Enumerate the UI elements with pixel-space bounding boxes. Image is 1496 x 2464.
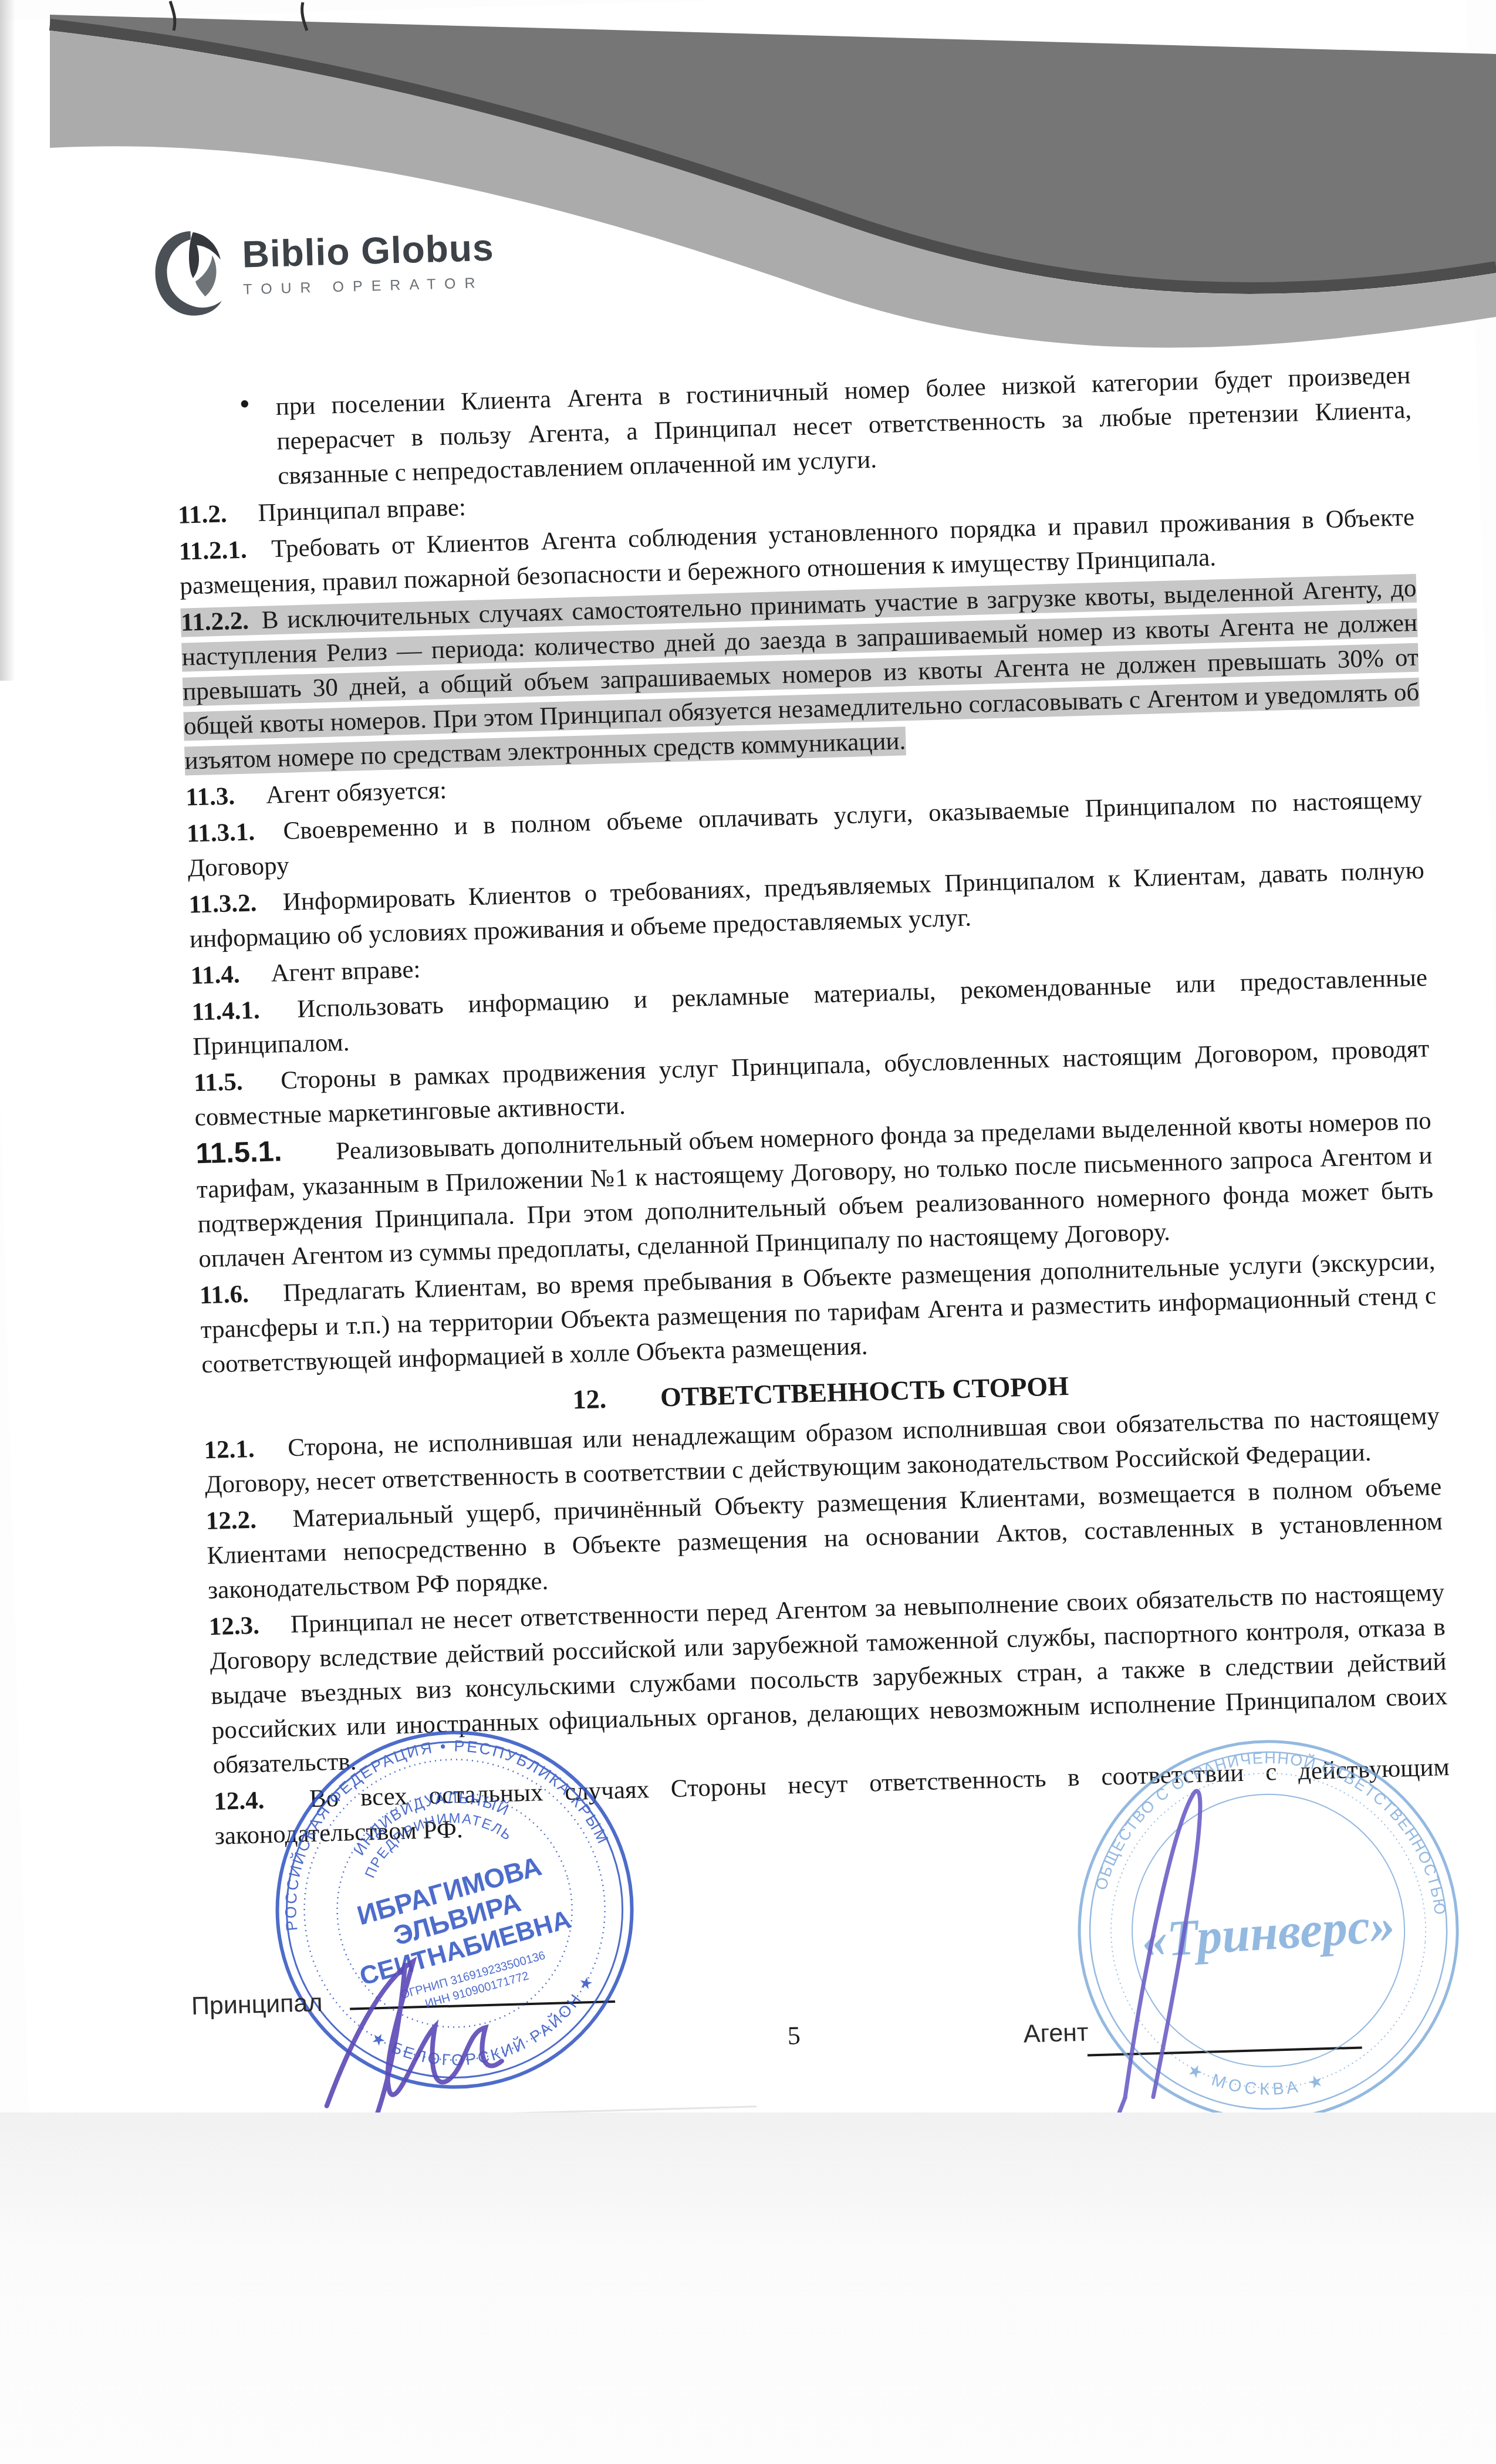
scan-left-edge: [0, 0, 15, 681]
agent-signature-label: Агент: [1023, 2018, 1089, 2049]
clause-number: 12.1.: [204, 1431, 275, 1468]
clause-number: 11.2.: [177, 496, 249, 532]
clause-number: 11.2.1.: [178, 533, 247, 569]
contract-text-column: • при поселении Клиента Агента в гостини…: [174, 358, 1451, 1855]
scanner-background: [0, 2113, 1496, 2464]
agent-round-stamp: ОБЩЕСТВО С ОГРАНИЧЕННОЙ ОТВЕТСТВЕННОСТЬЮ…: [1063, 1725, 1474, 2135]
section-12-number: 12.: [572, 1381, 607, 1417]
clause-number: 12.3.: [208, 1608, 280, 1644]
stamp-right-ring-top-text: ОБЩЕСТВО С ОГРАНИЧЕННОЙ ОТВЕТСТВЕННОСТЬЮ: [1092, 1736, 1461, 1918]
clause-text: Агент вправе:: [271, 956, 421, 988]
clause-number: 11.4.1.: [191, 993, 260, 1029]
clause-11-2-2-highlighted: 11.2.2.В исключительных случаях самостоя…: [180, 571, 1420, 779]
page-number: 5: [787, 2020, 801, 2051]
stamp-right-center-text: «Тринверс»: [1140, 1896, 1397, 1968]
clause-number: 11.5.: [193, 1064, 265, 1100]
svg-text:ОБЩЕСТВО С ОГРАНИЧЕННОЙ ОТВЕТС: ОБЩЕСТВО С ОГРАНИЧЕННОЙ ОТВЕТСТВЕННОСТЬЮ: [1092, 1736, 1461, 1918]
section-12-title: ОТВЕТСТВЕННОСТЬ СТОРОН: [660, 1371, 1069, 1412]
clause-number: 11.3.1.: [186, 814, 255, 851]
clause-text: Реализовывать дополнительный объем номер…: [197, 1107, 1434, 1273]
clause-number: 11.6.: [199, 1276, 271, 1313]
bullet-icon: •: [239, 387, 251, 421]
pen-marks: [0, 0, 411, 35]
header-wave-graphic: [0, 0, 1496, 364]
principal-round-stamp: РОССИЙСКАЯ ФЕДЕРАЦИЯ • РЕСПУБЛИКА КРЫМ ★…: [262, 1717, 648, 2103]
clause-number: 11.3.: [185, 778, 257, 814]
clause-number: 11.4.: [190, 956, 262, 993]
clause-text: Агент обязуется:: [266, 776, 447, 809]
clause-number: 11.2.2.: [180, 603, 249, 640]
clause-number: 12.2.: [205, 1502, 277, 1539]
clause-text: Принципал вправе:: [258, 494, 466, 527]
clause-number-large: 11.5.1.: [195, 1133, 330, 1171]
clause-text-highlighted: В исключительных случаях самостоятельно …: [181, 574, 1420, 775]
principal-signature-label: Принципал: [191, 1989, 323, 2021]
clause-number: 11.3.2.: [188, 885, 257, 922]
